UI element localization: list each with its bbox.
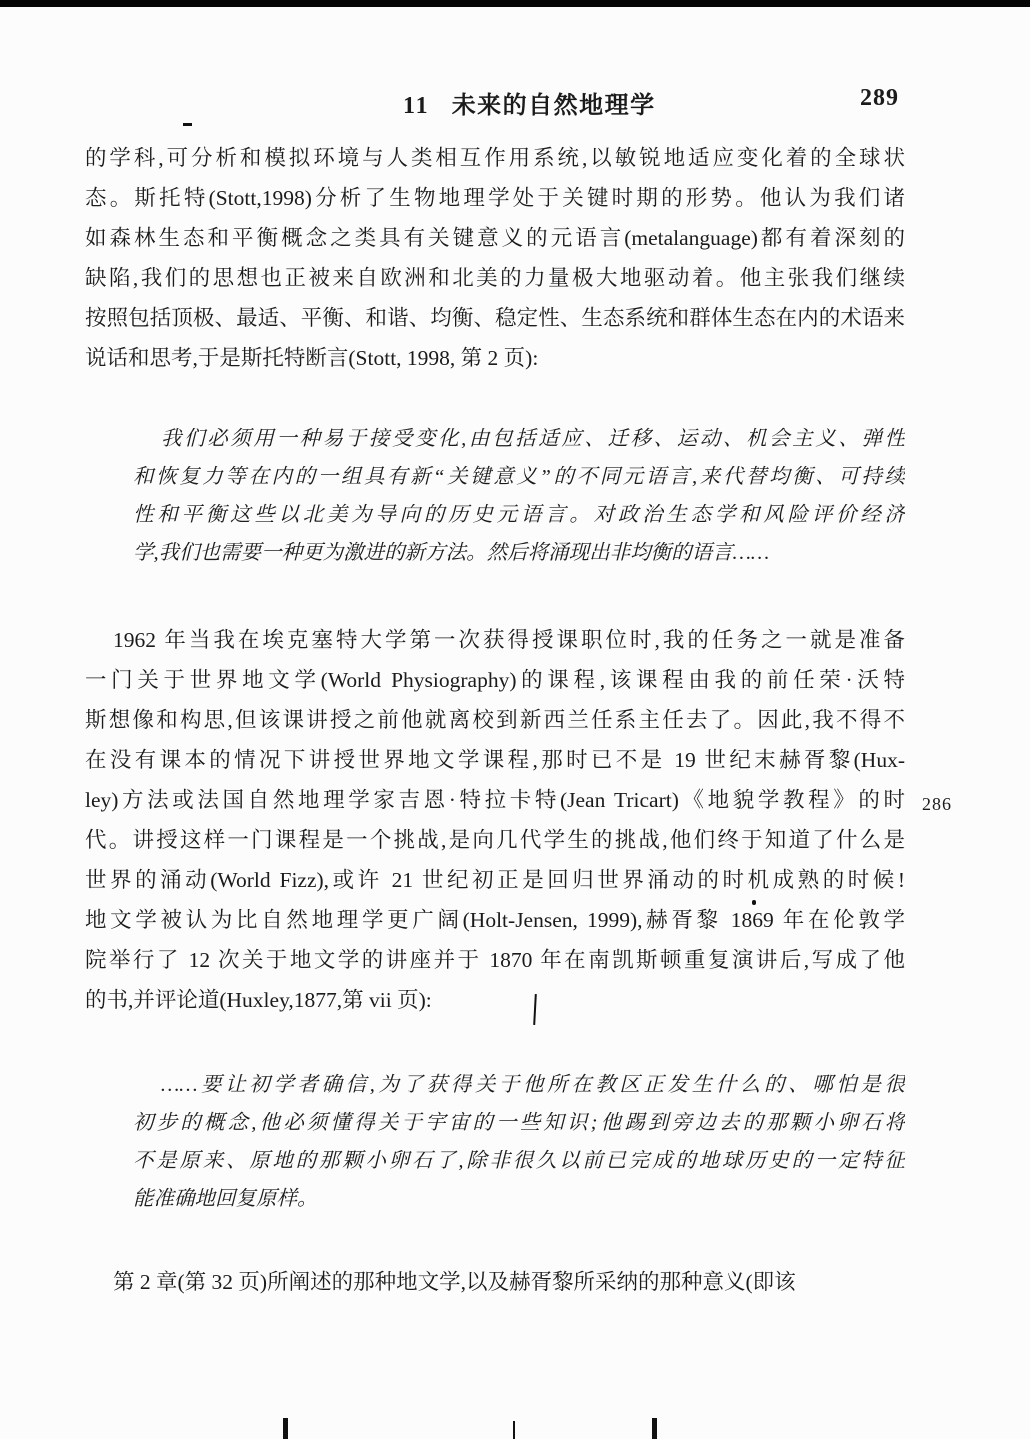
- margin-page-ref: 286: [922, 794, 952, 815]
- scan-top-edge: [0, 0, 1030, 7]
- text-line: 院举行了 12 次关于地文学的讲座并于 1870 年在南凯斯顿重复演讲后,写成了…: [85, 940, 905, 980]
- text-line: 如森林生态和平衡概念之类具有关键意义的元语言(metalanguage)都有着深…: [85, 218, 905, 258]
- quote-line: 性和平衡这些以北美为导向的历史元语言。对政治生态学和风险评价经济: [133, 496, 905, 534]
- blockquote-stott: 我们必须用一种易于接受变化,由包括适应、迁移、运动、机会主义、弹性 和恢复力等在…: [133, 420, 905, 572]
- scan-tick-left: [283, 1418, 288, 1439]
- quote-line: 能准确地回复原样。: [133, 1180, 905, 1218]
- quote-line: 和恢复力等在内的一组具有新“关键意义”的不同元语言,来代替均衡、可持续: [133, 458, 905, 496]
- text-line: 一门关于世界地文学(World Physiography)的课程,该课程由我的前…: [85, 660, 905, 700]
- text-line: 在没有课本的情况下讲授世界地文学课程,那时已不是 19 世纪末赫胥黎(Hux-: [85, 740, 905, 780]
- text-line: 世界的涌动(World Fizz),或许 21 世纪初正是回归世界涌动的时机成熟…: [85, 860, 905, 900]
- quote-line: 我们必须用一种易于接受变化,由包括适应、迁移、运动、机会主义、弹性: [133, 420, 905, 458]
- blockquote-huxley: ……要让初学者确信,为了获得关于他所在教区正发生什么的、哪怕是很 初步的概念,他…: [133, 1066, 905, 1218]
- text-line: 按照包括顶极、最适、平衡、和谐、均衡、稳定性、生态系统和群体生态在内的术语来: [85, 298, 905, 338]
- page-number: 289: [860, 85, 899, 112]
- text-line: 说话和思考,于是斯托特断言(Stott, 1998, 第 2 页):: [85, 338, 905, 378]
- text-line: 1962 年当我在埃克塞特大学第一次获得授课职位时,我的任务之一就是准备: [85, 620, 905, 660]
- text-line: ley)方法或法国自然地理学家吉恩·特拉卡特(Jean Tricart)《地貌学…: [85, 780, 905, 820]
- text-line: 斯想像和构思,但该课讲授之前他就离校到新西兰任系主任去了。因此,我不得不: [85, 700, 905, 740]
- text-line: 代。讲授这样一门课程是一个挑战,是向几代学生的挑战,他们终于知道了什么是: [85, 820, 905, 860]
- quote-line: 学,我们也需要一种更为激进的新方法。然后将涌现出非均衡的语言……: [133, 534, 905, 572]
- scan-artifact-dot: [752, 900, 756, 905]
- quote-line: ……要让初学者确信,为了获得关于他所在教区正发生什么的、哪怕是很: [133, 1066, 905, 1104]
- text-line: 态。斯托特(Stott,1998)分析了生物地理学处于关键时期的形势。他认为我们…: [85, 178, 905, 218]
- chapter-title: 未来的自然地理学: [452, 93, 656, 119]
- text-line: 第 2 章(第 32 页)所阐述的那种地文学,以及赫胥黎所采纳的那种意义(即该: [85, 1262, 905, 1302]
- running-header: 11未来的自然地理学: [403, 85, 656, 120]
- scan-tick-middle: [513, 1421, 515, 1439]
- quote-line: 不是原来、原地的那颗小卵石了,除非很久以前已完成的地球历史的一定特征: [133, 1142, 905, 1180]
- paragraph-2: 1962 年当我在埃克塞特大学第一次获得授课职位时,我的任务之一就是准备 一门关…: [85, 620, 905, 1020]
- scan-tick-right: [652, 1418, 657, 1439]
- text-line: 的学科,可分析和模拟环境与人类相互作用系统,以敏锐地适应变化着的全球状: [85, 138, 905, 178]
- paragraph-3: 第 2 章(第 32 页)所阐述的那种地文学,以及赫胥黎所采纳的那种意义(即该: [85, 1262, 905, 1302]
- chapter-number: 11: [403, 93, 430, 119]
- text-line: 的书,并评论道(Huxley,1877,第 vii 页):: [85, 980, 905, 1020]
- text-line: 地文学被认为比自然地理学更广阔(Holt-Jensen, 1999),赫胥黎 1…: [85, 900, 905, 940]
- paragraph-1: 的学科,可分析和模拟环境与人类相互作用系统,以敏锐地适应变化着的全球状 态。斯托…: [85, 138, 905, 378]
- quote-line: 初步的概念,他必须懂得关于宇宙的一些知识;他踢到旁边去的那颗小卵石将: [133, 1104, 905, 1142]
- scan-artifact-dash: [183, 123, 192, 126]
- book-page: 11未来的自然地理学 289 的学科,可分析和模拟环境与人类相互作用系统,以敏锐…: [0, 0, 1030, 1439]
- text-line: 缺陷,我们的思想也正被来自欧洲和北美的力量极大地驱动着。他主张我们继续: [85, 258, 905, 298]
